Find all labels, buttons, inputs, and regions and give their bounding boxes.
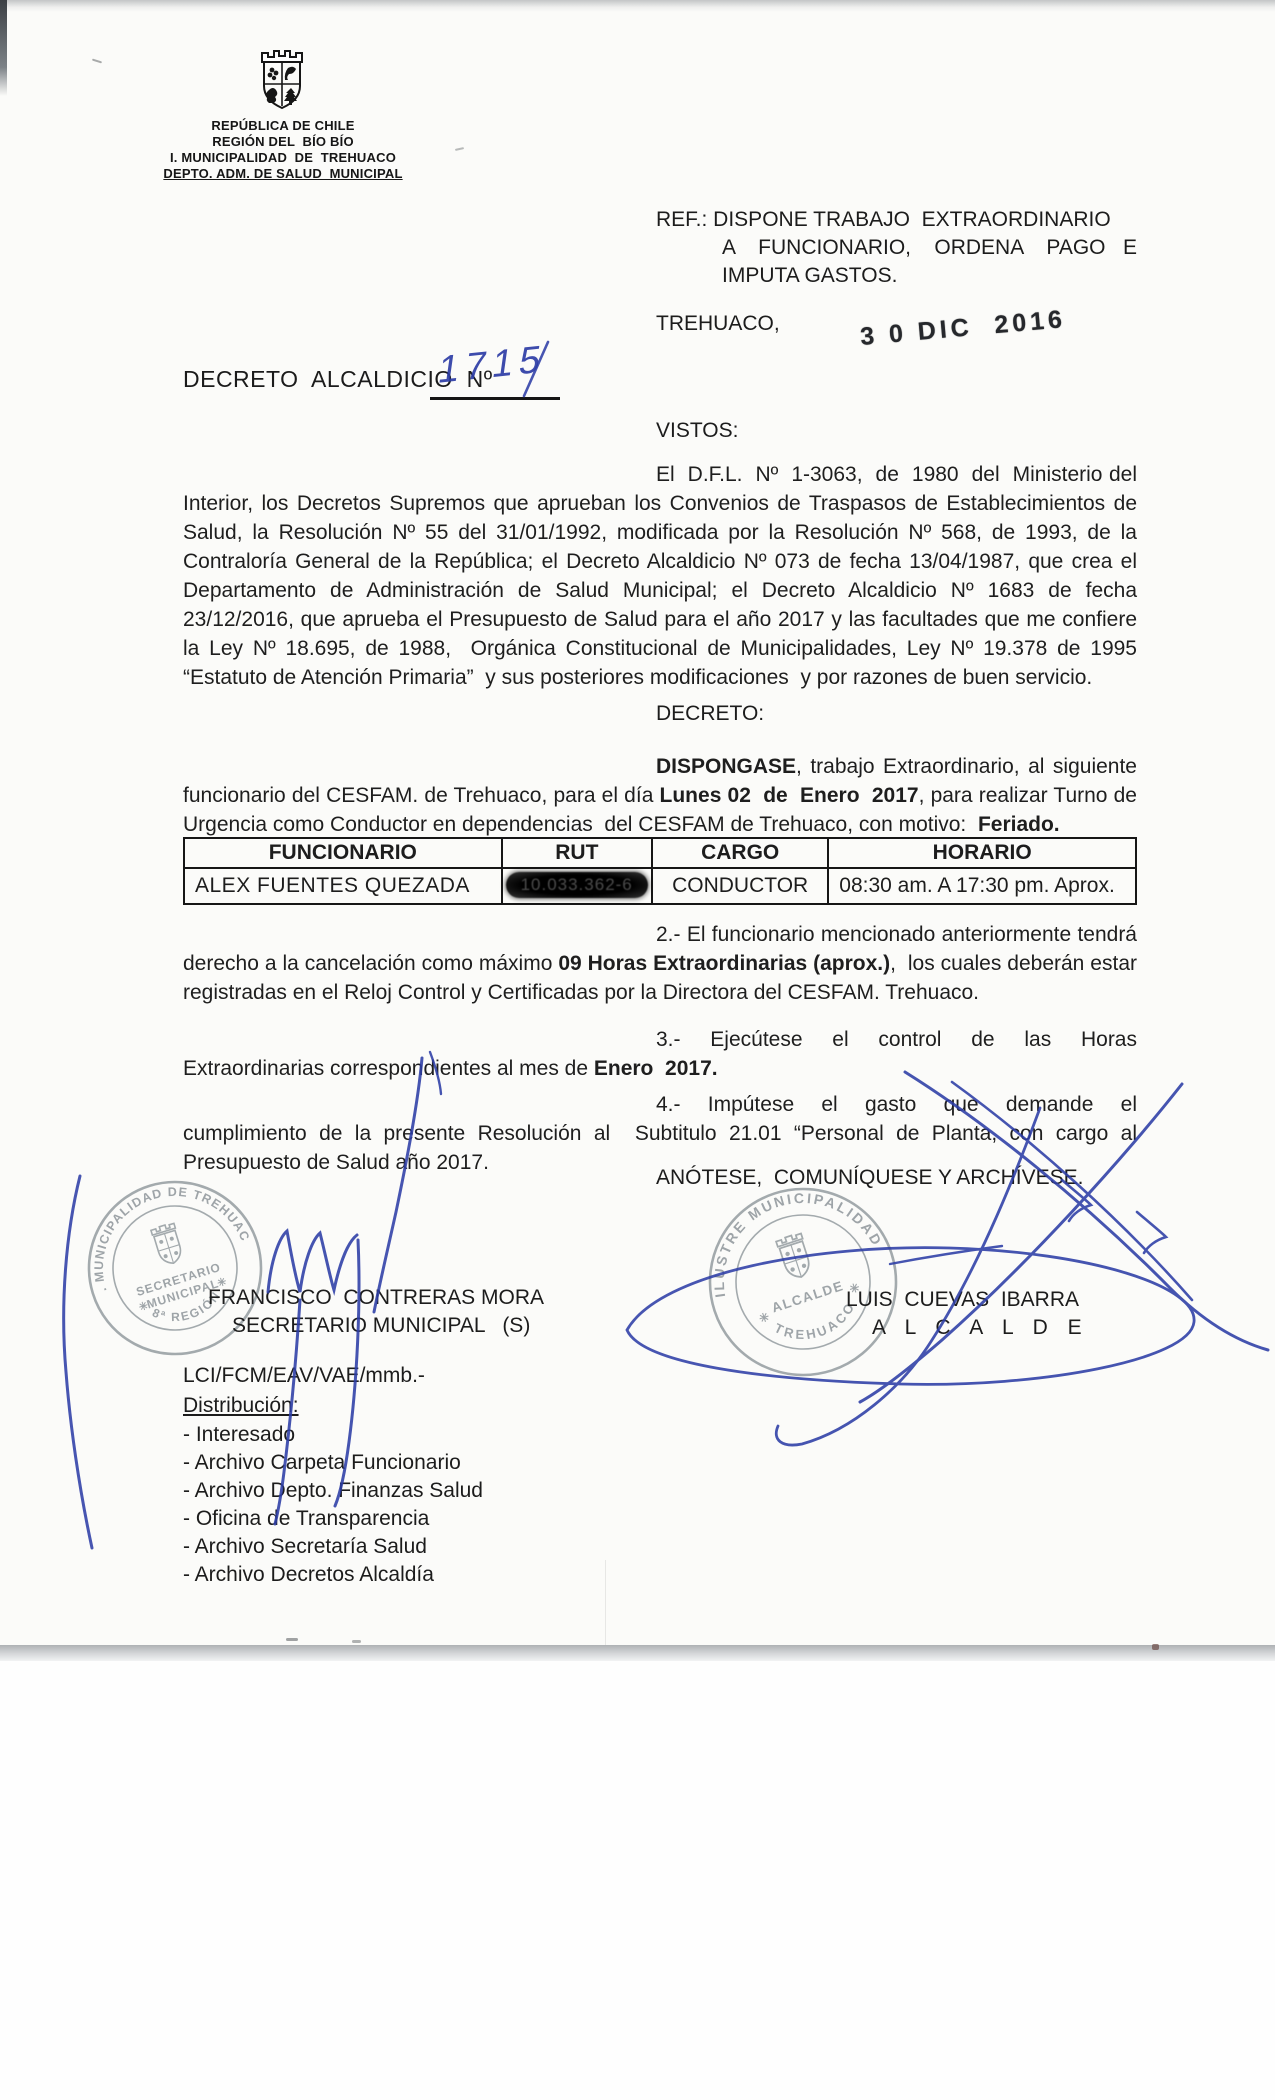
scan-bottom-shadow [0,1645,1275,1661]
scan-speck [286,1638,298,1641]
scan-speck [352,1640,361,1643]
scan-fold-line [605,1560,606,1645]
scan-background [0,1661,1275,2100]
scanned-decree-page: REPÚBLICA DE CHILE REGIÓN DEL BÍO BÍO I.… [0,0,1275,2100]
scan-speck [1152,1644,1159,1650]
